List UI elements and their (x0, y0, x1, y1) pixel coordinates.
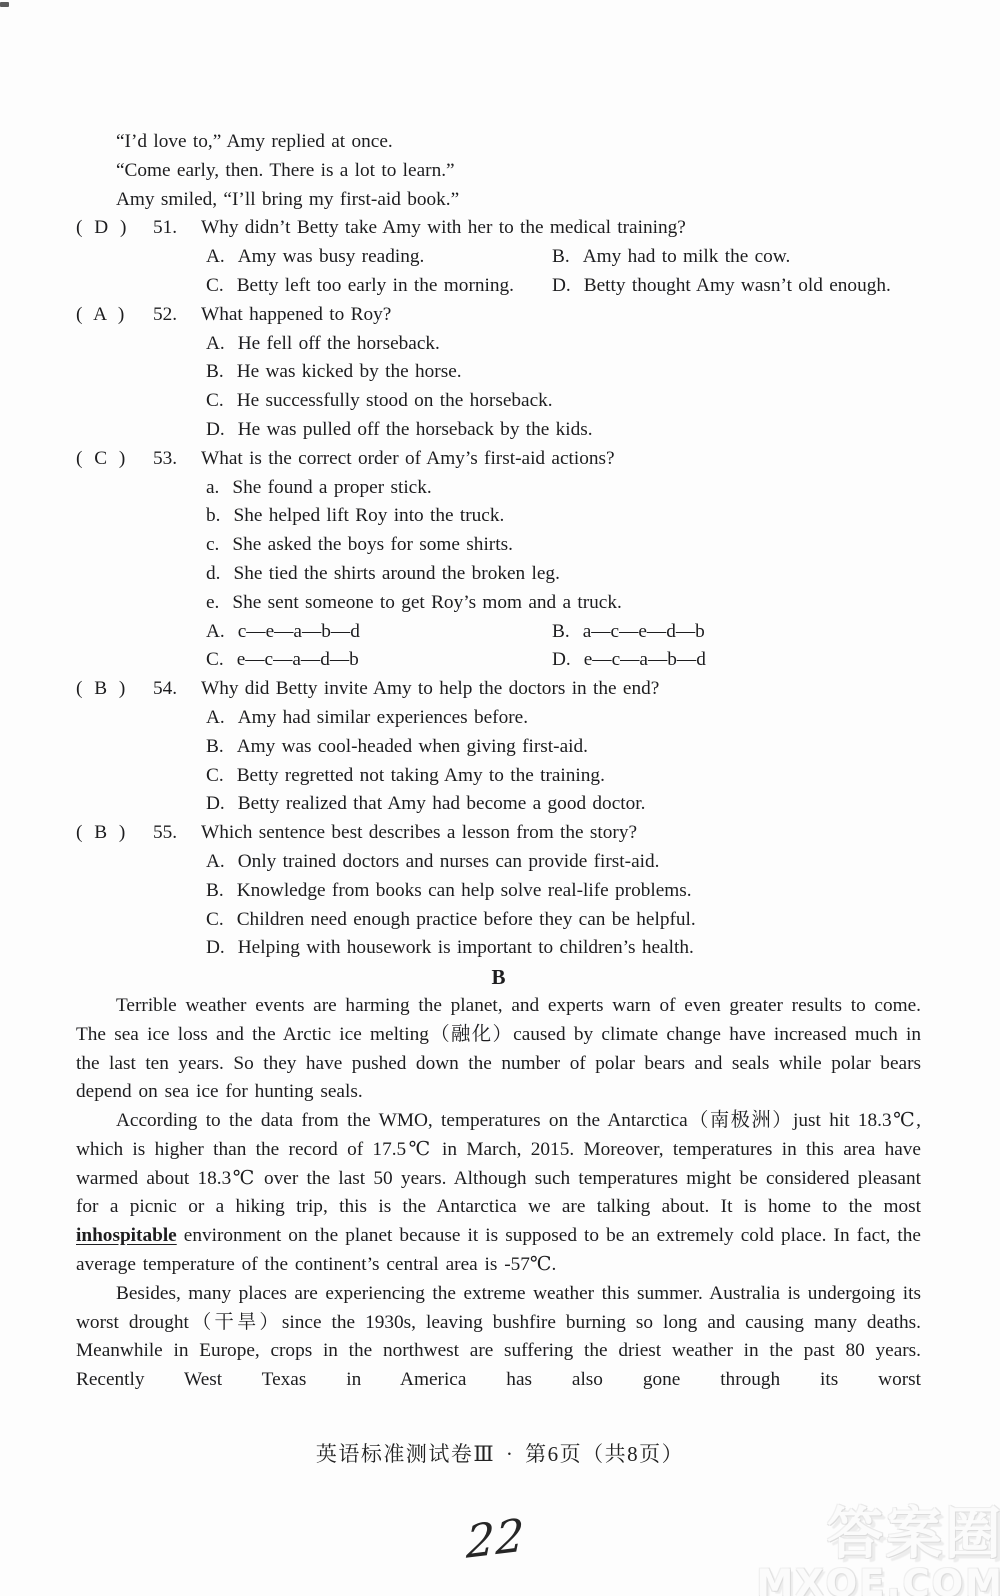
answer-mark: ( B ) (76, 675, 153, 704)
sub-item: c.She asked the boys for some shirts. (206, 531, 513, 560)
answer-mark: ( B ) (76, 819, 153, 848)
sub-item-text: She sent someone to get Roy’s mom and a … (232, 589, 621, 618)
option-text: Amy was cool-headed when giving first-ai… (237, 733, 588, 762)
option-label: C. (206, 646, 224, 675)
option-text: He successfully stood on the horseback. (237, 387, 553, 416)
option-label: D. (206, 416, 225, 445)
question-number: 52. (153, 301, 201, 330)
answer-mark: ( D ) (76, 214, 153, 243)
sub-item: e.She sent someone to get Roy’s mom and … (206, 589, 622, 618)
option-row: B.Knowledge from books can help solve re… (76, 877, 921, 906)
option: B.He was kicked by the horse. (206, 358, 462, 387)
option-text: Amy had similar experiences before. (238, 704, 528, 733)
sub-item-label: d. (206, 560, 220, 589)
option-label: B. (206, 877, 224, 906)
sub-item-label: a. (206, 474, 219, 503)
question-stem: Why didn’t Betty take Amy with her to th… (201, 214, 921, 243)
answer-mark: ( C ) (76, 445, 153, 474)
watermark: 答案圈 MXQE.COM (756, 1506, 1000, 1596)
option-text: Amy had to milk the cow. (583, 243, 791, 272)
option: D.He was pulled off the horseback by the… (206, 416, 593, 445)
question-row: ( A )52.What happened to Roy? (76, 301, 921, 330)
option: D.Betty thought Amy wasn’t old enough. (552, 272, 891, 301)
option-label: C. (206, 762, 224, 791)
passage-text: According to the data from the WMO, temp… (76, 1110, 921, 1217)
option: D.Helping with housework is important to… (206, 934, 694, 963)
sub-item-text: She helped lift Roy into the truck. (233, 502, 504, 531)
option-label: D. (552, 646, 571, 675)
option-text: Amy was busy reading. (238, 243, 425, 272)
sub-item: a.She found a proper stick. (206, 474, 432, 503)
option: A.c—e—a—b—d (206, 618, 552, 647)
option-row: A.Amy had similar experiences before. (76, 704, 921, 733)
option-row: B.He was kicked by the horse. (76, 358, 921, 387)
option-label: B. (206, 358, 224, 387)
option-label: A. (206, 243, 225, 272)
reading-passage: Terrible weather events are harming the … (76, 992, 921, 1395)
dialogue-line: “Come early, then. There is a lot to lea… (76, 157, 921, 186)
option-label: C. (206, 272, 224, 301)
dialogue-line: Amy smiled, “I’ll bring my first-aid boo… (76, 186, 921, 215)
questions-list: ( D )51.Why didn’t Betty take Amy with h… (76, 214, 921, 963)
watermark-logo-text: 答案圈 (756, 1506, 1000, 1565)
passage-paragraph: Besides, many places are experiencing th… (76, 1280, 921, 1395)
sub-item-label: e. (206, 589, 219, 618)
option-text: Betty left too early in the morning. (237, 272, 514, 301)
option: B.Amy had to milk the cow. (552, 243, 790, 272)
option-row: C.He successfully stood on the horseback… (76, 387, 921, 416)
option: B.a—c—e—d—b (552, 618, 705, 647)
option: C.Betty left too early in the morning. (206, 272, 552, 301)
question-stem: What happened to Roy? (201, 301, 921, 330)
sub-item-row: c.She asked the boys for some shirts. (76, 531, 921, 560)
option-row: A.Only trained doctors and nurses can pr… (76, 848, 921, 877)
question-number: 55. (153, 819, 201, 848)
option-label: A. (206, 330, 225, 359)
page-footer: 英语标准测试卷Ⅲ · 第6页（共8页） (0, 1438, 1000, 1468)
option-text: e—c—a—b—d (584, 646, 706, 675)
answer-mark: ( A ) (76, 301, 153, 330)
option-label: A. (206, 618, 225, 647)
sub-item: b.She helped lift Roy into the truck. (206, 502, 504, 531)
option-row: C.e—c—a—d—bD.e—c—a—b—d (76, 646, 921, 675)
sub-item-row: d.She tied the shirts around the broken … (76, 560, 921, 589)
option-row: D.He was pulled off the horseback by the… (76, 416, 921, 445)
option: A.Only trained doctors and nurses can pr… (206, 848, 659, 877)
option-label: C. (206, 387, 224, 416)
sub-item-text: She tied the shirts around the broken le… (233, 560, 559, 589)
option: A.Amy had similar experiences before. (206, 704, 528, 733)
sub-item-label: b. (206, 502, 220, 531)
question-number: 54. (153, 675, 201, 704)
sub-item: d.She tied the shirts around the broken … (206, 560, 560, 589)
sub-item-label: c. (206, 531, 219, 560)
sub-item-row: a.She found a proper stick. (76, 474, 921, 503)
passage-paragraph: According to the data from the WMO, temp… (76, 1107, 921, 1280)
option: C.Betty regretted not taking Amy to the … (206, 762, 605, 791)
option-text: Betty regretted not taking Amy to the tr… (237, 762, 605, 791)
option-row: A.Amy was busy reading.B.Amy had to milk… (76, 243, 921, 272)
highlighted-word: inhospitable (76, 1225, 177, 1246)
passage-text: environment on the planet because it is … (76, 1225, 921, 1275)
option-row: D.Helping with housework is important to… (76, 934, 921, 963)
option-text: c—e—a—b—d (238, 618, 360, 647)
sub-item-row: e.She sent someone to get Roy’s mom and … (76, 589, 921, 618)
scanned-test-page: “I’d love to,” Amy replied at once. “Com… (0, 0, 1000, 1596)
question-row: ( C )53.What is the correct order of Amy… (76, 445, 921, 474)
option-label: D. (206, 790, 225, 819)
watermark-site-text: MXQE.COM (756, 1565, 1000, 1596)
option: B.Amy was cool-headed when giving first-… (206, 733, 588, 762)
option: C.He successfully stood on the horseback… (206, 387, 553, 416)
option-text: Betty thought Amy wasn’t old enough. (584, 272, 891, 301)
option-label: A. (206, 848, 225, 877)
sub-item-row: b.She helped lift Roy into the truck. (76, 502, 921, 531)
option-row: C.Betty regretted not taking Amy to the … (76, 762, 921, 791)
option-text: Knowledge from books can help solve real… (237, 877, 692, 906)
page-content: “I’d love to,” Amy replied at once. “Com… (76, 128, 921, 1395)
option-text: Only trained doctors and nurses can prov… (238, 848, 660, 877)
passage-paragraph: Terrible weather events are harming the … (76, 992, 921, 1107)
option-row: C.Children need enough practice before t… (76, 906, 921, 935)
option: B.Knowledge from books can help solve re… (206, 877, 692, 906)
question-stem: What is the correct order of Amy’s first… (201, 445, 921, 474)
question-stem: Why did Betty invite Amy to help the doc… (201, 675, 921, 704)
option-label: C. (206, 906, 224, 935)
question: ( D )51.Why didn’t Betty take Amy with h… (76, 214, 921, 300)
option: D.Betty realized that Amy had become a g… (206, 790, 645, 819)
option-text: He was kicked by the horse. (237, 358, 462, 387)
option: D.e—c—a—b—d (552, 646, 706, 675)
dialogue-block: “I’d love to,” Amy replied at once. “Com… (76, 128, 921, 214)
option-label: D. (552, 272, 571, 301)
option: A.Amy was busy reading. (206, 243, 552, 272)
option-text: Betty realized that Amy had become a goo… (238, 790, 646, 819)
option: C.e—c—a—d—b (206, 646, 552, 675)
question-number: 53. (153, 445, 201, 474)
question-row: ( D )51.Why didn’t Betty take Amy with h… (76, 214, 921, 243)
option: A.He fell off the horseback. (206, 330, 440, 359)
section-heading: B (76, 963, 921, 992)
option-row: C.Betty left too early in the morning.D.… (76, 272, 921, 301)
option-text: He fell off the horseback. (238, 330, 440, 359)
option-text: a—c—e—d—b (583, 618, 705, 647)
question-number: 51. (153, 214, 201, 243)
question: ( C )53.What is the correct order of Amy… (76, 445, 921, 675)
option-text: Children need enough practice before the… (237, 906, 696, 935)
question-row: ( B )54.Why did Betty invite Amy to help… (76, 675, 921, 704)
option: C.Children need enough practice before t… (206, 906, 696, 935)
question-stem: Which sentence best describes a lesson f… (201, 819, 921, 848)
option-label: D. (206, 934, 225, 963)
question: ( B )55.Which sentence best describes a … (76, 819, 921, 963)
option-row: A.c—e—a—b—dB.a—c—e—d—b (76, 618, 921, 647)
sub-item-text: She asked the boys for some shirts. (232, 531, 513, 560)
option-text: He was pulled off the horseback by the k… (238, 416, 593, 445)
question: ( A )52.What happened to Roy?A.He fell o… (76, 301, 921, 445)
option-text: e—c—a—d—b (237, 646, 359, 675)
option-text: Helping with housework is important to c… (238, 934, 694, 963)
option-row: A.He fell off the horseback. (76, 330, 921, 359)
sub-item-text: She found a proper stick. (232, 474, 431, 503)
option-label: A. (206, 704, 225, 733)
scan-artifact-mark (0, 2, 9, 7)
handwritten-page-number: 22 (466, 1508, 526, 1569)
option-label: B. (552, 243, 570, 272)
dialogue-line: “I’d love to,” Amy replied at once. (76, 128, 921, 157)
question-row: ( B )55.Which sentence best describes a … (76, 819, 921, 848)
option-row: D.Betty realized that Amy had become a g… (76, 790, 921, 819)
option-row: B.Amy was cool-headed when giving first-… (76, 733, 921, 762)
question: ( B )54.Why did Betty invite Amy to help… (76, 675, 921, 819)
option-label: B. (552, 618, 570, 647)
option-label: B. (206, 733, 224, 762)
